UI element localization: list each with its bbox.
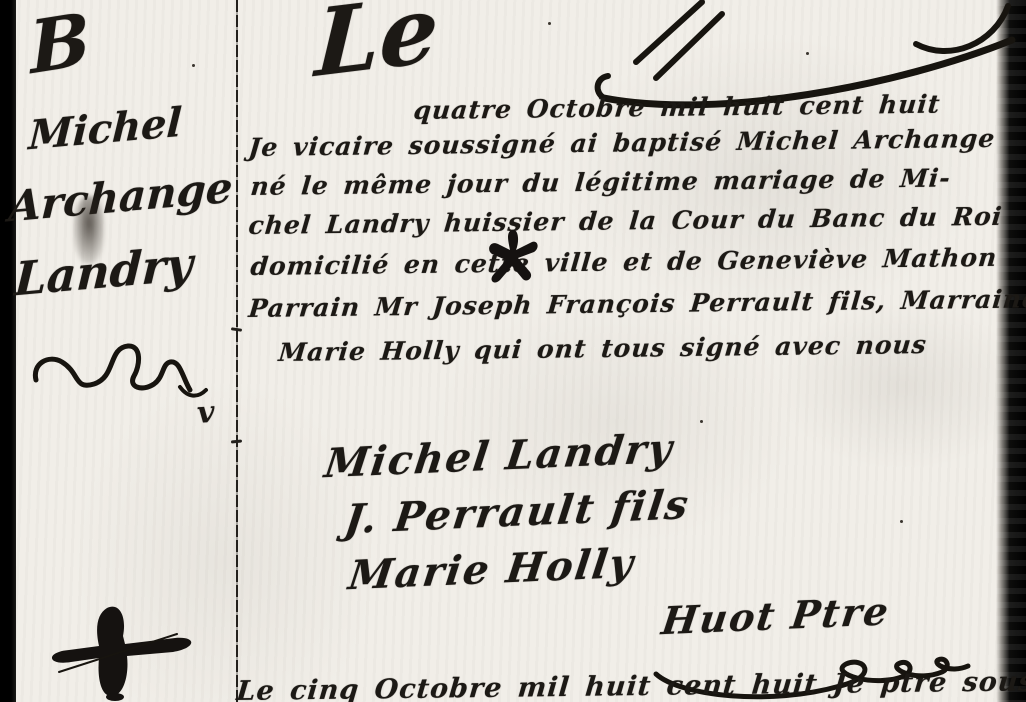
body-line: domicilié en cette ville et de Geneviève… [249,243,998,281]
ink-blot [45,600,195,700]
paper-speck [548,22,551,25]
paper-speck [700,420,703,423]
scan-left-edge [0,0,16,702]
paper-speck [604,184,608,188]
body-line: né le même jour du légitime mariage de M… [249,163,952,201]
rule-tick-mark [231,327,242,332]
next-entry-fragment: Le cinq Octobre mil huit cent huit Je pt… [235,662,1026,702]
paper-speck [806,52,809,55]
body-line: Je vicaire soussigné ai baptisé Michel A… [247,124,996,162]
body-drop-cap: Le [314,0,441,86]
margin-rule-line [236,0,238,702]
margin-name-line-1: Michel [28,99,183,160]
rule-tick-mark [231,439,242,443]
signature-michel-landry: Michel Landry [322,425,677,488]
ink-blot-star [488,228,540,286]
margin-paraph-flourish [30,332,215,407]
margin-name-line-2: Archange [7,162,233,231]
body-line: Marie Holly qui ont tous signé avec nous [277,330,928,367]
signature-j-perrault-fils: J. Perrault fils [342,481,693,543]
paper-speck [900,520,903,523]
signature-marie-holly: Marie Holly [346,540,638,600]
margin-name-line-3: Landry [13,236,194,306]
margin-checkmark: v [196,395,216,431]
register-page-scan: B Michel Archange Landry v Le quatre Oct… [0,0,1026,702]
entry-type-mark: B [28,2,92,84]
body-line: Parrain Mr Joseph François Perrault fils… [247,284,1026,323]
ink-smudge [74,196,104,264]
paper-speck [192,64,195,67]
body-line: chel Landry huissier de la Cour du Banc … [247,202,1003,240]
